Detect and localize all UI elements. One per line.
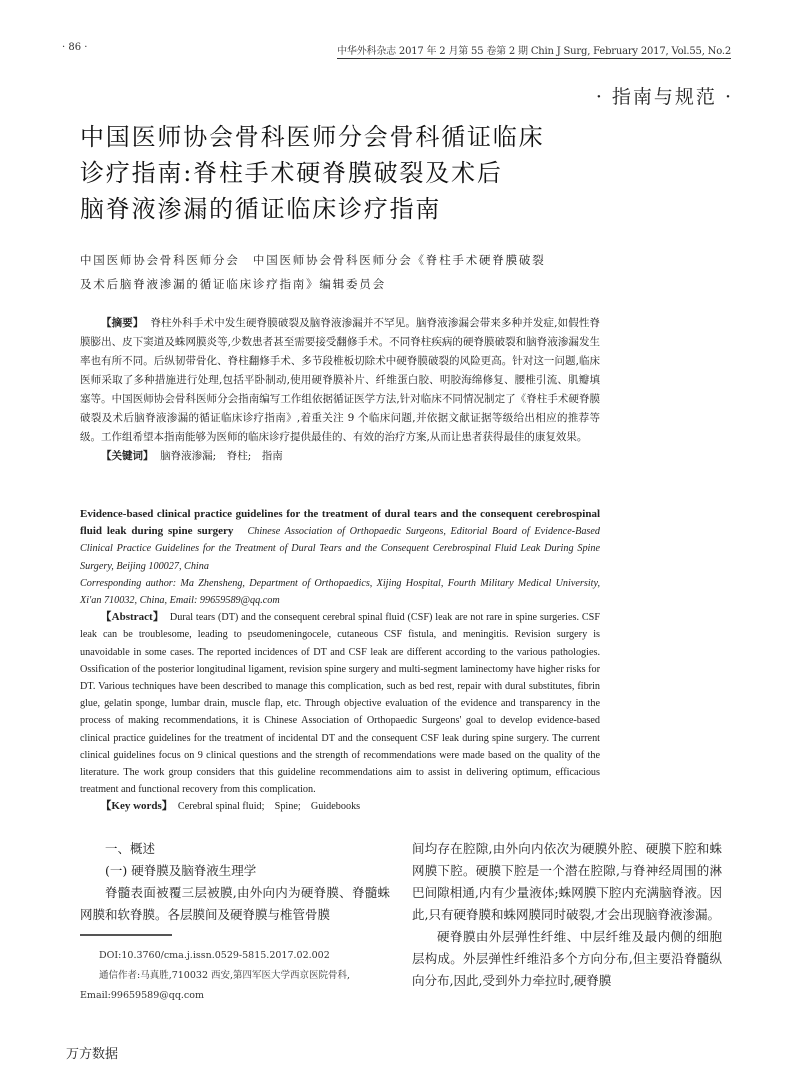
title-line: 诊疗指南:脊柱手术硬脊膜破裂及术后 [80, 155, 600, 191]
body-paragraph: 硬脊膜由外层弹性纤维、中层纤维及最内侧的细胞层构成。外层弹性纤维沿多个方向分布,… [412, 926, 722, 992]
article-title: 中国医师协会骨科医师分会骨科循证临床 诊疗指南:脊柱手术硬脊膜破裂及术后 脑脊液… [80, 119, 600, 227]
doi: DOI:10.3760/cma.j.issn.0529-5815.2017.02… [80, 946, 390, 966]
subsection-heading: (一) 硬脊膜及脑脊液生理学 [80, 860, 390, 882]
chinese-abstract: 【摘要】 脊柱外科手术中发生硬脊膜破裂及脑脊液渗漏并不罕见。脑脊液渗漏会带来多种… [80, 314, 600, 466]
page-number: · 86 · [62, 42, 87, 53]
keywords-text: 脑脊液渗漏; 脊柱; 指南 [160, 450, 283, 462]
abstract-en-text: Dural tears (DT) and the consequent cere… [80, 612, 600, 795]
author-line: 中国医师协会骨科医师分会 中国医师协会骨科医师分会《脊柱手术硬脊膜破裂 [80, 248, 600, 272]
running-head: 中华外科杂志 2017 年 2 月第 55 卷第 2 期 Chin J Surg… [337, 42, 731, 59]
body-paragraph: 脊髓表面被覆三层被膜,由外向内为硬脊膜、脊髓蛛网膜和软脊膜。各层膜间及硬脊膜与椎… [80, 882, 390, 926]
footnotes: DOI:10.3760/cma.j.issn.0529-5815.2017.02… [80, 946, 390, 1006]
abstract-text: 脊柱外科手术中发生硬脊膜破裂及脑脊液渗漏并不罕见。脑脊液渗漏会带来多种并发症,如… [80, 317, 600, 443]
author-list: 中国医师协会骨科医师分会 中国医师协会骨科医师分会《脊柱手术硬脊膜破裂 及术后脑… [80, 248, 600, 296]
corresponding-author-cn: 通信作者:马真胜,710032 西安,第四军医大学西京医院骨科, [80, 966, 390, 986]
keywords-en-text: Cerebral spinal fluid; Spine; Guidebooks [178, 801, 360, 812]
body-right-column: 间均存在腔隙,由外向内依次为硬膜外腔、硬膜下腔和蛛网膜下腔。硬膜下腔是一个潜在腔… [412, 838, 722, 992]
body-paragraph: 间均存在腔隙,由外向内依次为硬膜外腔、硬膜下腔和蛛网膜下腔。硬膜下腔是一个潜在腔… [412, 838, 722, 926]
email: Email:99659589@qq.com [80, 986, 390, 1006]
author-line: 及术后脑脊液渗漏的循证临床诊疗指南》编辑委员会 [80, 272, 600, 296]
watermark: 万方数据 [66, 1043, 118, 1062]
keywords-label: 【关键词】 [101, 450, 154, 462]
english-abstract: Evidence-based clinical practice guideli… [80, 506, 600, 816]
title-line: 中国医师协会骨科医师分会骨科循证临床 [80, 119, 600, 155]
section-heading: 一、概述 [80, 838, 390, 860]
footnote-divider [80, 934, 172, 936]
body-left-column: 一、概述 (一) 硬脊膜及脑脊液生理学 脊髓表面被覆三层被膜,由外向内为硬脊膜、… [80, 838, 390, 926]
title-line: 脑脊液渗漏的循证临床诊疗指南 [80, 191, 600, 227]
corresponding-author-en: Corresponding author: Ma Zhensheng, Depa… [80, 575, 600, 609]
abstract-en-label: 【Abstract】 [100, 611, 164, 623]
abstract-label: 【摘要】 [101, 317, 144, 329]
keywords-en-label: 【Key words】 [100, 800, 172, 812]
column-label: · 指南与规范 · [596, 82, 733, 109]
